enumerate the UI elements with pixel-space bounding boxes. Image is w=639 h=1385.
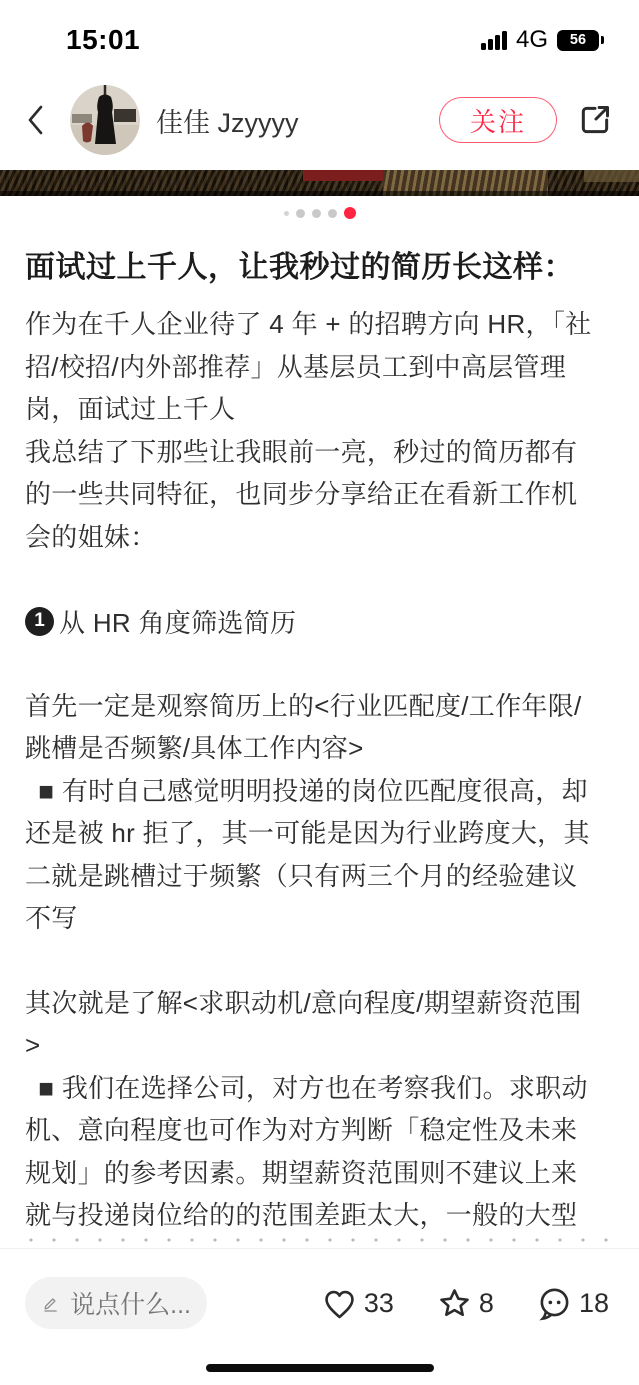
carousel-dot: [284, 211, 289, 216]
pencil-icon: [41, 1290, 60, 1316]
share-button[interactable]: [575, 100, 615, 140]
home-indicator[interactable]: [206, 1364, 434, 1372]
comment-input[interactable]: 说点什么...: [25, 1277, 207, 1329]
comment-placeholder: 说点什么...: [70, 1285, 191, 1321]
post-paragraph: 其次就是了解<求职动机/意向程度/期望薪资范围 >: [25, 982, 614, 1067]
star-icon: [436, 1285, 473, 1322]
clipped-text-line: [28, 1237, 609, 1244]
app-screen: 15:01 4G 56: [0, 0, 639, 1385]
heart-icon: [321, 1285, 358, 1322]
comment-button[interactable]: 18: [536, 1285, 609, 1322]
collect-count: 8: [479, 1288, 494, 1319]
like-count: 33: [364, 1288, 394, 1319]
carousel-dots: [0, 206, 639, 220]
post-paragraph: 我总结了下那些让我眼前一亮，秒过的简历都有 的一些共同特征，也同步分享给正在看新…: [25, 431, 614, 559]
section-number-badge: 1: [25, 607, 54, 636]
battery-percent: 56: [570, 32, 586, 48]
network-type: 4G: [516, 26, 548, 54]
carousel-dot: [344, 207, 356, 219]
status-time: 15:01: [66, 24, 140, 56]
back-button[interactable]: [24, 102, 46, 138]
carousel-dot: [296, 209, 305, 218]
battery-icon: 56: [557, 30, 599, 51]
post-paragraph: ■ 我们在选择公司，对方也在考察我们。求职动 机、意向程度也可作为对方判断「稳定…: [25, 1067, 614, 1237]
avatar-photo: [70, 85, 140, 155]
section-heading-text: 从 HR 角度筛选简历: [59, 603, 296, 640]
follow-button[interactable]: 关注: [439, 97, 557, 143]
share-icon: [575, 100, 615, 140]
username[interactable]: 佳佳 Jzyyyy: [156, 101, 299, 140]
post-content: 面试过上千人，让我秒过的简历长这样： 作为在千人企业待了 4 年 + 的招聘方向…: [0, 246, 639, 1237]
chevron-left-icon: [24, 103, 46, 137]
avatar[interactable]: [70, 85, 140, 155]
post-paragraph: 作为在千人企业待了 4 年 + 的招聘方向 HR，「社 招/校招/内外部推荐」从…: [25, 303, 614, 431]
post-paragraph: 首先一定是观察简历上的<行业匹配度/工作年限/ 跳槽是否频繁/具体工作内容>: [25, 685, 614, 770]
post-title: 面试过上千人，让我秒过的简历长这样：: [25, 246, 614, 290]
post-paragraph: ■ 有时自己感觉明明投递的岗位匹配度很高，却 还是被 hr 拒了，其一可能是因为…: [25, 770, 614, 940]
status-bar: 15:01 4G 56: [0, 0, 639, 70]
carousel-dot: [312, 209, 321, 218]
like-button[interactable]: 33: [321, 1285, 394, 1322]
bottom-bar: 说点什么... 33 8: [0, 1248, 639, 1385]
nav-bar: 佳佳 Jzyyyy 关注: [0, 70, 639, 170]
signal-strength-icon: [481, 31, 507, 50]
speech-bubble-icon: [536, 1285, 573, 1322]
comment-count: 18: [579, 1288, 609, 1319]
collect-button[interactable]: 8: [436, 1285, 494, 1322]
carousel-dot: [328, 209, 337, 218]
post-image[interactable]: [0, 170, 639, 196]
section-heading: 1 从 HR 角度筛选简历: [25, 600, 614, 643]
